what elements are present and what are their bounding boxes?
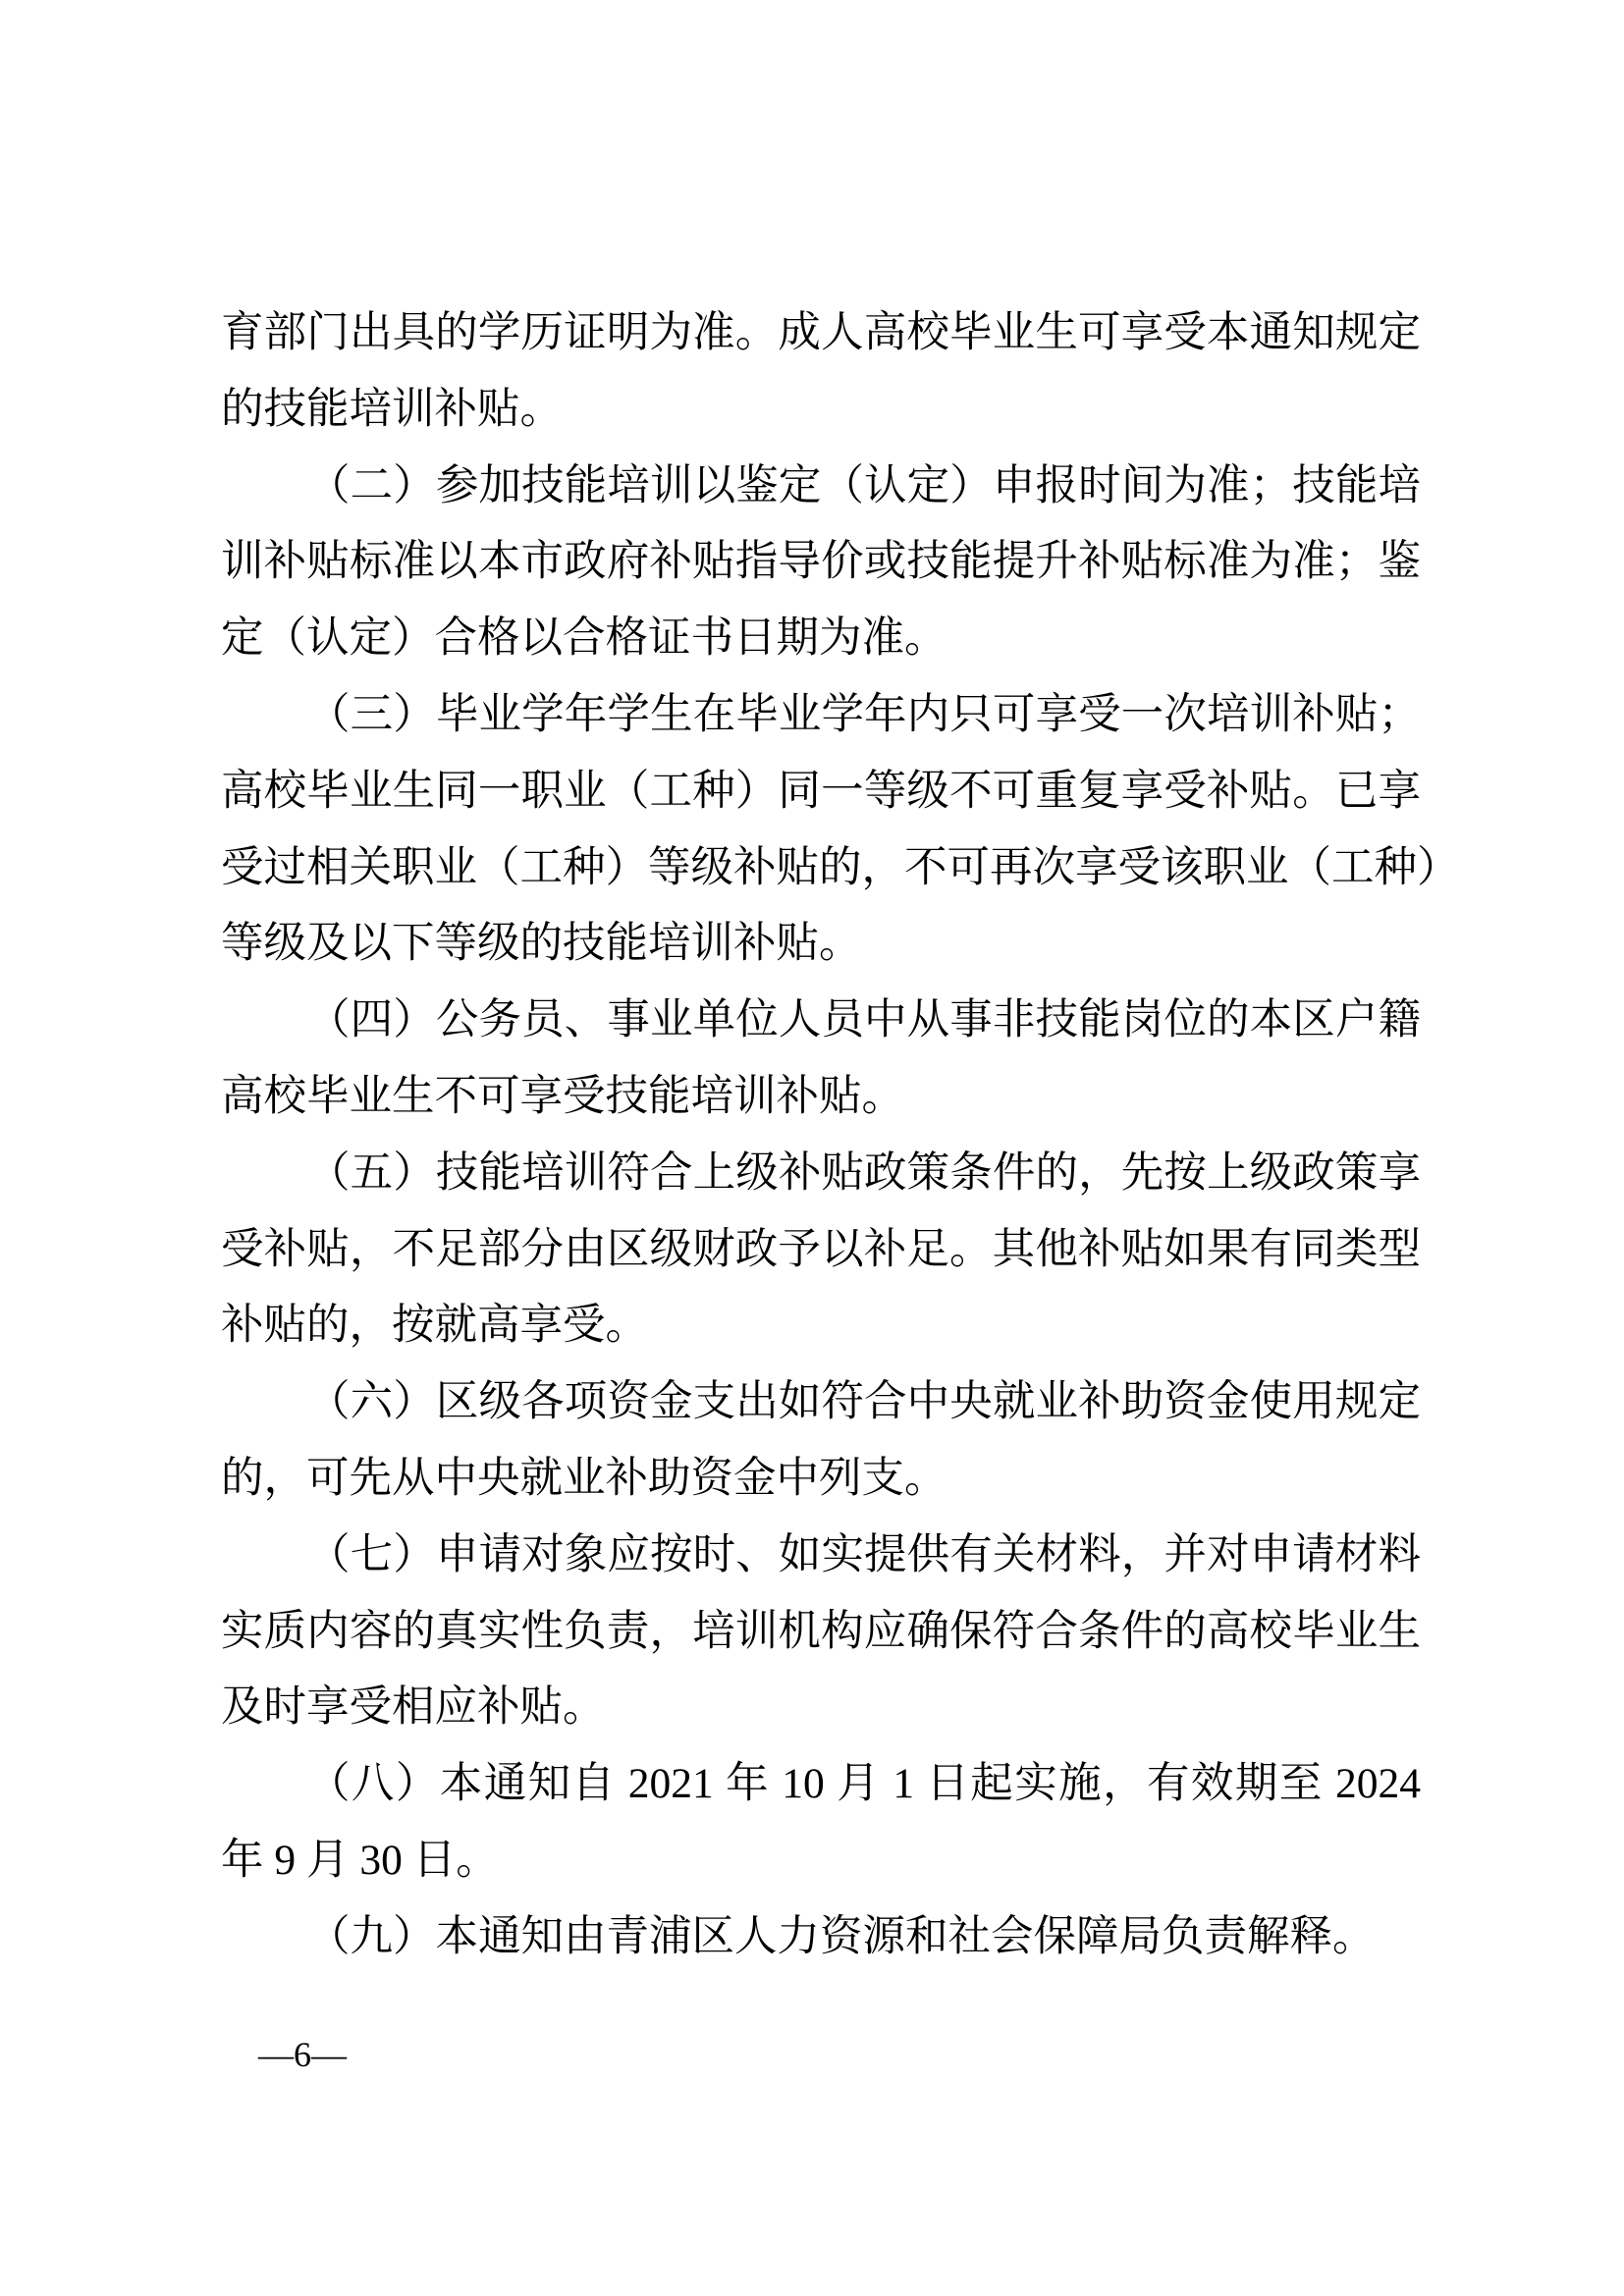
text-line: 年 9 月 30 日。 (221, 1823, 1421, 1899)
text-line: 实质内容的真实性负责，培训机构应确保符合条件的高校毕业生 (221, 1594, 1421, 1671)
text-line: （四）公务员、事业单位人员中从事非技能岗位的本区户籍 (221, 983, 1421, 1059)
text-line: 补贴的，按就高享受。 (221, 1288, 1421, 1364)
text-line: 高校毕业生同一职业（工种）同一等级不可重复享受补贴。已享 (221, 754, 1421, 830)
text-line: 训补贴标准以本市政府补贴指导价或技能提升补贴标准为准；鉴 (221, 524, 1421, 601)
text-line: 等级及以下等级的技能培训补贴。 (221, 906, 1421, 983)
text-line: 定（认定）合格以合格证书日期为准。 (221, 601, 1421, 677)
text-line: （七）申请对象应按时、如实提供有关材料，并对申请材料 (221, 1518, 1421, 1594)
document-page: 育部门出具的学历证明为准。成人高校毕业生可享受本通知规定的技能培训补贴。（二）参… (0, 0, 1624, 2296)
text-line: 育部门出具的学历证明为准。成人高校毕业生可享受本通知规定 (221, 295, 1421, 372)
text-line: 的，可先从中央就业补助资金中列支。 (221, 1441, 1421, 1518)
text-line: （三）毕业学年学生在毕业学年内只可享受一次培训补贴； (221, 677, 1421, 754)
text-line: （二）参加技能培训以鉴定（认定）申报时间为准；技能培 (221, 449, 1421, 525)
text-line: （八）本通知自 2021 年 10 月 1 日起实施，有效期至 2024 (221, 1746, 1421, 1823)
page-number: —6— (258, 2035, 347, 2074)
text-line: 及时享受相应补贴。 (221, 1670, 1421, 1746)
text-line: 高校毕业生不可享受技能培训补贴。 (221, 1059, 1421, 1136)
text-line: 受过相关职业（工种）等级补贴的，不可再次享受该职业（工种） (221, 830, 1421, 907)
text-line: （九）本通知由青浦区人力资源和社会保障局负责解释。 (221, 1899, 1421, 1976)
body-text: 育部门出具的学历证明为准。成人高校毕业生可享受本通知规定的技能培训补贴。（二）参… (221, 295, 1421, 1976)
text-line: （五）技能培训符合上级补贴政策条件的，先按上级政策享 (221, 1136, 1421, 1212)
text-line: 的技能培训补贴。 (221, 372, 1421, 449)
text-line: （六）区级各项资金支出如符合中央就业补助资金使用规定 (221, 1364, 1421, 1441)
text-line: 受补贴，不足部分由区级财政予以补足。其他补贴如果有同类型 (221, 1212, 1421, 1289)
